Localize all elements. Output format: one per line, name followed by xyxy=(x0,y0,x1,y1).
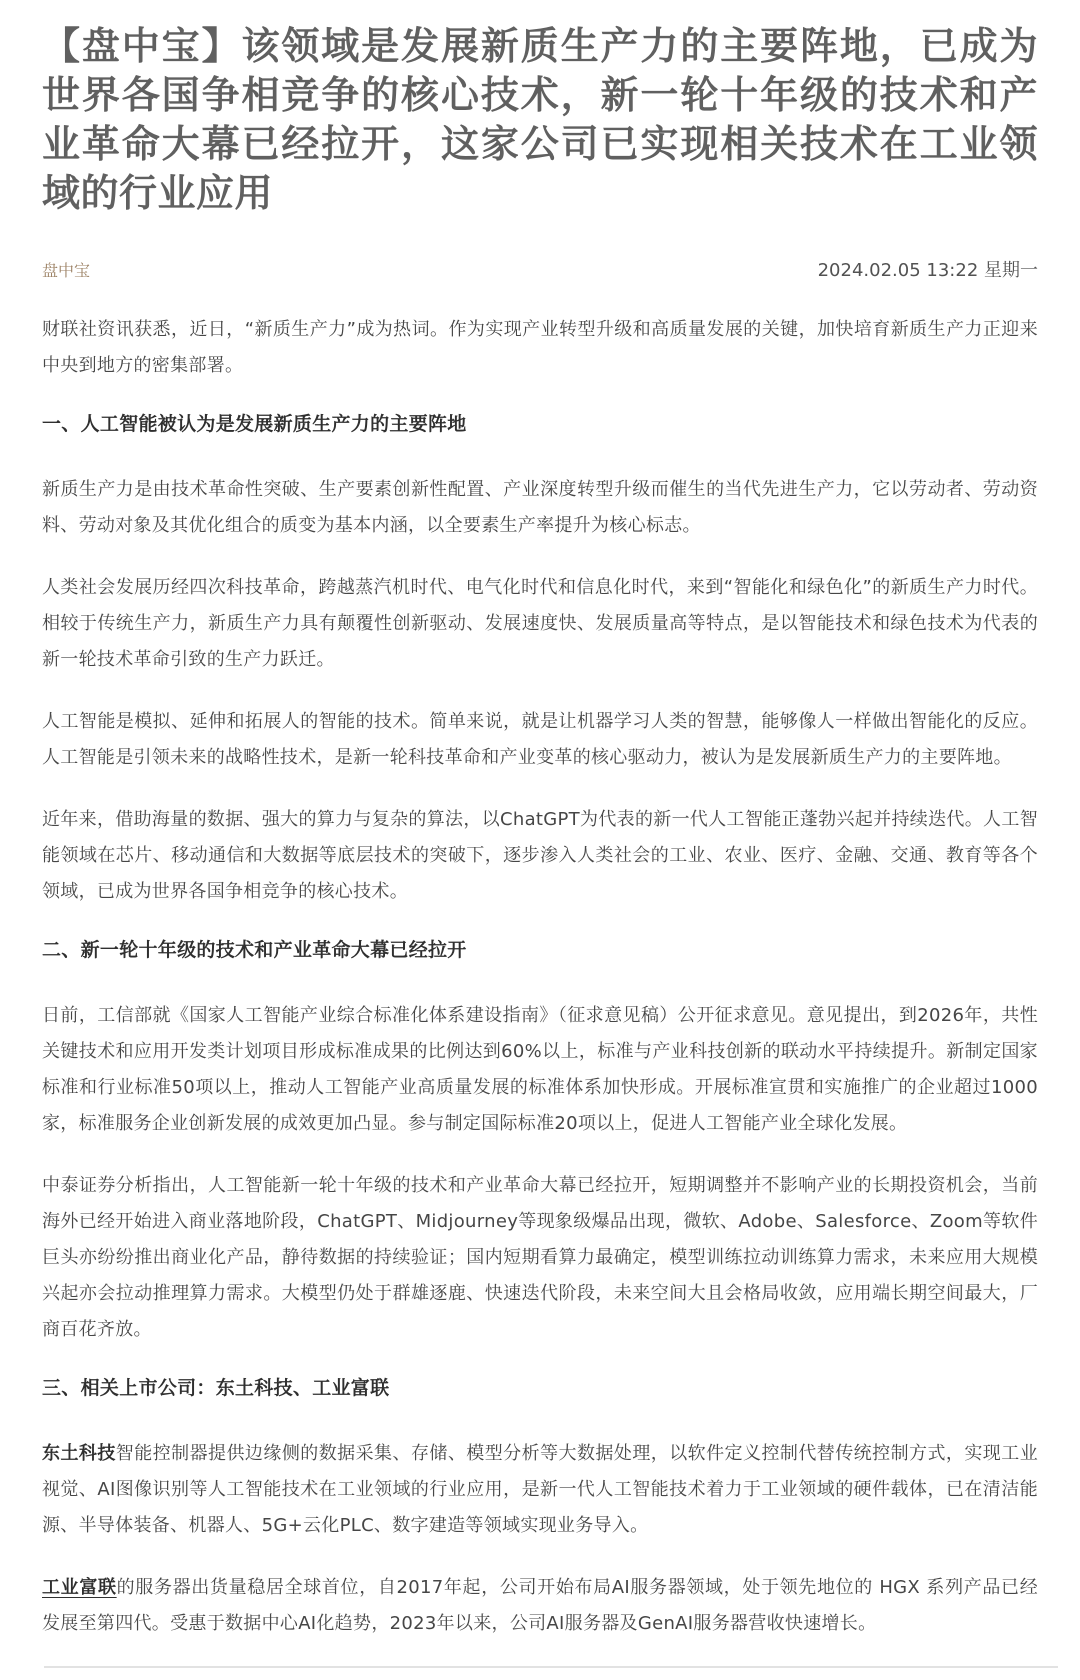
article-body: 财联社资讯获悉，近日，“新质生产力”成为热词。作为实现产业转型升级和高质量发展的… xyxy=(42,312,1038,1642)
paragraph-intro: 财联社资讯获悉，近日，“新质生产力”成为热词。作为实现产业转型升级和高质量发展的… xyxy=(42,312,1038,384)
section-heading-1: 一、人工智能被认为是发展新质生产力的主要阵地 xyxy=(42,410,1038,438)
article-meta-row: 盘中宝 2024.02.05 13:22 星期一 xyxy=(42,256,1038,282)
column-tag[interactable]: 盘中宝 xyxy=(42,258,90,281)
company-name-dongtu-keji[interactable]: 东土科技 xyxy=(42,1443,116,1464)
paragraph-tech-revolutions: 人类社会发展历经四次科技革命，跨越蒸汽机时代、电气化时代和信息化时代，来到“智能… xyxy=(42,570,1038,678)
article-page: 【盘中宝】该领域是发展新质生产力的主要阵地，已成为世界各国争相竞争的核心技术，新… xyxy=(0,0,1080,1680)
publish-datetime: 2024.02.05 13:22 星期一 xyxy=(818,256,1038,282)
paragraph-gongye-fulian-text: 的服务器出货量稳居全球首位，自2017年起，公司开始布局AI服务器领域，处于领先… xyxy=(42,1577,1038,1634)
section-heading-2: 二、新一轮十年级的技术和产业革命大幕已经拉开 xyxy=(42,936,1038,964)
paragraph-chatgpt-rise: 近年来，借助海量的数据、强大的算力与复杂的算法，以ChatGPT为代表的新一代人… xyxy=(42,802,1038,910)
paragraph-ai-definition: 人工智能是模拟、延伸和拓展人的智能的技术。简单来说，就是让机器学习人类的智慧，能… xyxy=(42,704,1038,776)
company-name-gongye-fulian[interactable]: 工业富联 xyxy=(42,1577,117,1598)
paragraph-gongye-fulian: 工业富联的服务器出货量稳居全球首位，自2017年起，公司开始布局AI服务器领域，… xyxy=(42,1570,1038,1642)
paragraph-dongtu-keji: 东土科技智能控制器提供边缘侧的数据采集、存储、模型分析等大数据处理，以软件定义控… xyxy=(42,1436,1038,1544)
paragraph-zhongtai-analysis: 中泰证券分析指出，人工智能新一轮十年级的技术和产业革命大幕已经拉开，短期调整并不… xyxy=(42,1168,1038,1348)
section-heading-3: 三、相关上市公司：东土科技、工业富联 xyxy=(42,1374,1038,1402)
paragraph-miit-standards: 日前，工信部就《国家人工智能产业综合标准化体系建设指南》（征求意见稿）公开征求意… xyxy=(42,998,1038,1142)
paragraph-new-productivity-definition: 新质生产力是由技术革命性突破、生产要素创新性配置、产业深度转型升级而催生的当代先… xyxy=(42,472,1038,544)
paragraph-dongtu-keji-text: 智能控制器提供边缘侧的数据采集、存储、模型分析等大数据处理，以软件定义控制代替传… xyxy=(42,1443,1038,1536)
article-title: 【盘中宝】该领域是发展新质生产力的主要阵地，已成为世界各国争相竞争的核心技术，新… xyxy=(42,22,1038,218)
bottom-divider xyxy=(44,1666,1058,1668)
